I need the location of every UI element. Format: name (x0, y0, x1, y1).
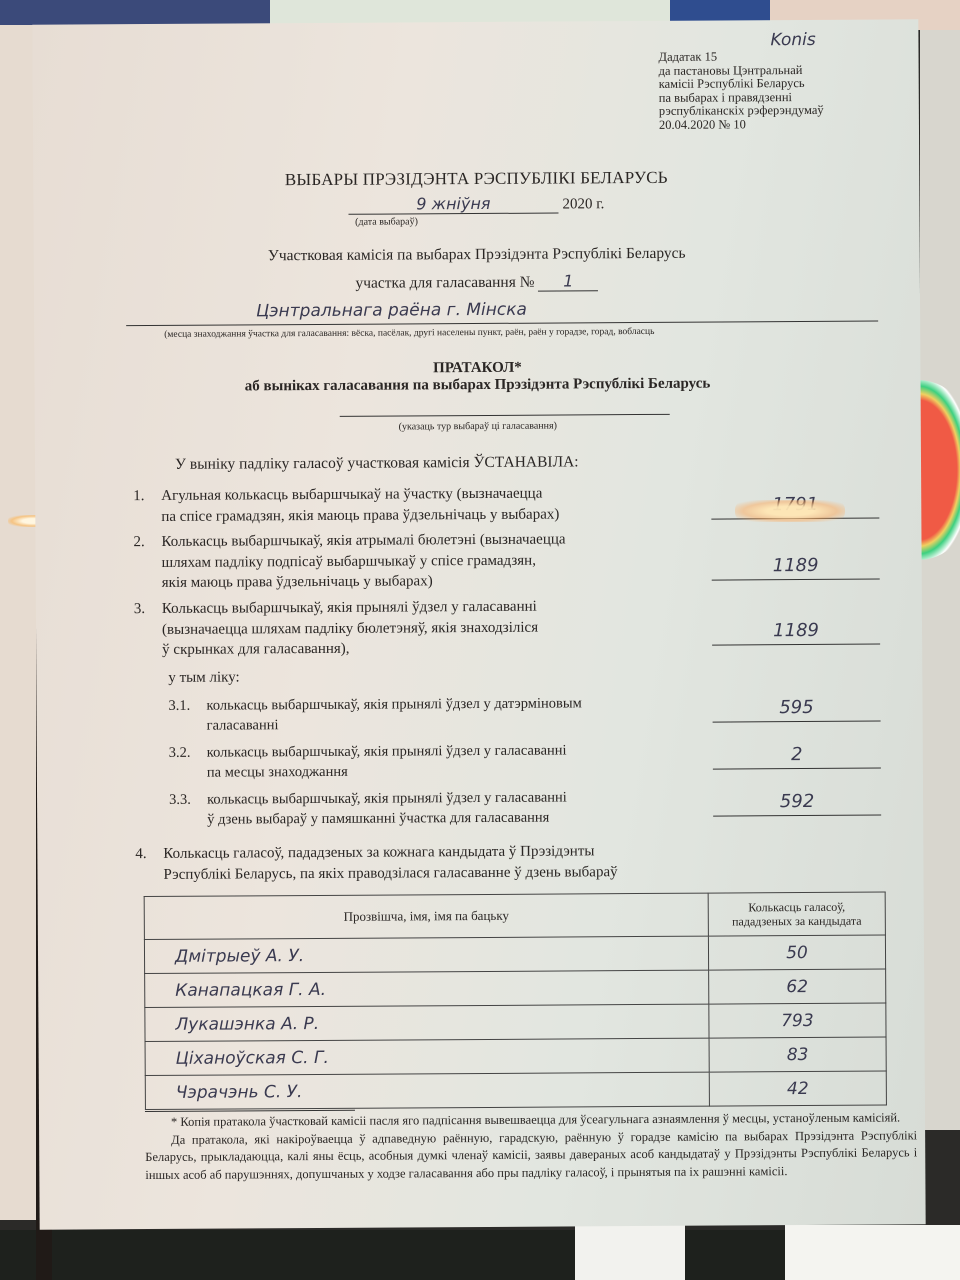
item-text: Агульная колькасць выбаршчыкаў на ўчастк… (161, 486, 542, 504)
table-row: Дмітрыеў А. У.50 (144, 935, 885, 974)
sub-item-text: ў дзень выбараў у памяшканні ўчастка для… (207, 810, 549, 828)
item-text: Колькасць галасоў, пададзеных за кожнага… (163, 843, 594, 862)
column-header-votes: Колькасць галасоў,пададзеных за кандыдат… (708, 892, 885, 936)
item-1: 1.Агульная колькасць выбаршчыкаў на ўчас… (133, 484, 559, 528)
precinct-location: Цэнтральнага раёна г. Мінска (126, 298, 878, 327)
item-text: Колькасць выбаршчыкаў, якія атрымалі бюл… (161, 531, 565, 549)
annex-line: рэспубліканскіх рэферэндумаў (659, 104, 824, 119)
tour-line (340, 414, 670, 417)
tour-caption: (указаць тур выбараў ці галасавання) (35, 418, 921, 434)
sub-item-text: колькасць выбаршчыкаў, якія прынялі ўдзе… (207, 789, 567, 807)
table-row: Ціханоўская С. Г.83 (145, 1037, 886, 1076)
precinct-label: участка для галасавання № (355, 274, 534, 292)
item-text: па спісе грамадзян, якія маюць права ўдз… (161, 506, 559, 524)
light-glare-reflection (735, 500, 845, 522)
sub-item-text: колькасць выбаршчыкаў, якія прынялі ўдзе… (207, 742, 567, 760)
candidate-votes: 42 (709, 1071, 886, 1106)
candidate-name: Чэрачэнь С. У. (145, 1072, 709, 1109)
established-heading: У выніку падліку галасоў участковая камі… (175, 453, 579, 473)
header-line: пададзеных за кандыдата (732, 914, 862, 929)
header-line: Колькасць галасоў, (748, 900, 845, 915)
commission-title: Участковая камісія па выбарах Прэзідэнта… (34, 243, 920, 266)
year-suffix: 2020 г. (562, 196, 604, 212)
table-header-row: Прозвішча, імя, імя па бацьку Колькасць … (144, 892, 885, 940)
annex-line: 20.04.2020 № 10 (659, 117, 824, 132)
item-number: 4. (135, 844, 163, 865)
protocol-sheet: Konis Дадатак 15 да пастановы Цэнтральна… (32, 19, 925, 1229)
item-2-value: 1189 (712, 553, 880, 581)
sub-item-3-3: 3.3.колькасць выбаршчыкаў, якія прынялі … (169, 787, 567, 829)
candidate-name: Канапацкая Г. А. (145, 970, 709, 1007)
item-3: 3.Колькасць выбаршчыкаў, якія прынялі ўд… (134, 597, 538, 661)
footnote-paragraph: Да пратакола, які накіроўваецца ў адпаве… (145, 1127, 917, 1184)
sub-item-3-1: 3.1.колькасць выбаршчыкаў, якія прынялі … (168, 693, 582, 736)
item-number: 1. (133, 486, 161, 507)
sub-item-3-2: 3.2.колькасць выбаршчыкаў, якія прынялі … (169, 740, 567, 782)
precinct-number: 1 (538, 271, 598, 291)
column-header-name: Прозвішча, імя, імя па бацьку (144, 893, 708, 939)
item-2: 2.Колькасць выбаршчыкаў, якія атрымалі б… (133, 529, 565, 593)
sub-item-number: 3.3. (169, 790, 207, 810)
sub-item-3-3-value: 592 (713, 789, 881, 817)
sub-item-number: 3.1. (168, 696, 206, 716)
election-date: 9 жніўня (348, 194, 558, 215)
item-text: Рэспублікі Беларусь, па якіх праводзілас… (163, 864, 617, 883)
candidate-votes: 793 (709, 1003, 886, 1038)
item-text: ў скрынках для галасавання), (162, 641, 349, 658)
background-light-patch-2 (785, 1225, 960, 1280)
item-text: шляхам падліку подпісаў выбаршчыкаў у сп… (162, 552, 536, 570)
candidate-name: Дмітрыеў А. У. (144, 936, 708, 973)
annex-block: Дадатак 15 да пастановы Цэнтральнай камі… (658, 50, 823, 132)
annex-line: камісіі Рэспублікі Беларусь (659, 77, 824, 92)
candidate-name: Ціханоўская С. Г. (145, 1038, 709, 1075)
sub-item-3-2-value: 2 (713, 742, 881, 770)
item-text: Колькасць выбаршчыкаў, якія прынялі ўдзе… (162, 599, 537, 617)
election-date-row: 9 жніўня2020 г. (33, 191, 919, 216)
inclusive-label: у тым ліку: (168, 669, 239, 686)
left-adjacent-sheet (0, 25, 36, 1220)
candidate-votes: 83 (709, 1037, 886, 1072)
precinct-row: участка для галасавання № 1 (34, 269, 920, 294)
item-3-value: 1189 (712, 618, 880, 646)
table-row: Канапацкая Г. А.62 (145, 969, 886, 1008)
sub-item-text: колькасць выбаршчыкаў, якія прынялі ўдзе… (206, 695, 581, 713)
sub-item-text: па месцы знаходжання (207, 764, 348, 781)
item-number: 3. (134, 599, 162, 620)
candidate-name: Лукашэнка А. Р. (145, 1004, 709, 1041)
item-4: 4.Колькасць галасоў, пададзеных за кожна… (135, 841, 617, 885)
candidate-votes-table: Прозвішча, імя, імя па бацьку Колькасць … (144, 892, 887, 1111)
emblem-reflection (918, 380, 960, 560)
document-title: ВЫБАРЫ ПРЭЗІДЭНТА РЭСПУБЛІКІ БЕЛАРУСЬ (33, 166, 919, 191)
date-caption: (дата выбараў) (0, 214, 830, 230)
item-text: (вызначаецца шляхам падліку бюлетэняў, я… (162, 619, 538, 637)
location-caption: (месца знаходжання ўчастка для галасаван… (164, 327, 654, 340)
sub-item-number: 3.2. (169, 743, 207, 763)
item-number: 2. (133, 532, 161, 553)
footnote: * Копія пратакола ўчастковай камісіі пас… (145, 1109, 917, 1184)
sub-item-3-1-value: 595 (712, 695, 880, 723)
candidate-votes: 62 (709, 969, 886, 1004)
table-row: Лукашэнка А. Р.793 (145, 1003, 886, 1042)
sub-item-text: галасаванні (207, 717, 279, 733)
handwritten-note: Konis (770, 30, 815, 50)
background-right-panel (920, 30, 960, 1130)
item-text: якія маюць права ўдзельнічаць у выбарах) (162, 573, 433, 591)
footnote-divider (145, 1110, 355, 1112)
table-row: Чэрачэнь С. У.42 (145, 1071, 886, 1110)
background-light-patch (575, 1225, 685, 1280)
candidate-votes: 50 (708, 935, 885, 970)
